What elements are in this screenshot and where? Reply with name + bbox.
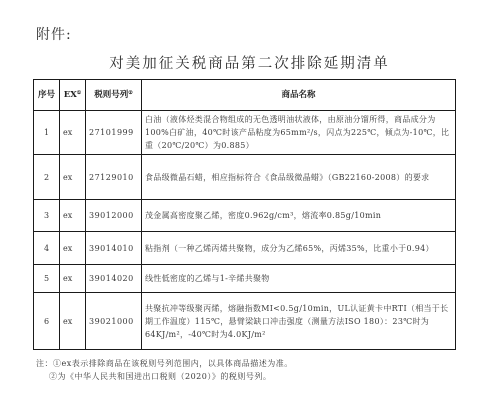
cell-code: 39014020 xyxy=(86,265,142,293)
table-row: 2 ex 27129010 食品级微晶石蜡，相应指标符合《食品级微晶蜡》（GB2… xyxy=(34,155,456,200)
cell-ex: ex xyxy=(60,155,86,200)
cell-seq: 5 xyxy=(34,265,60,293)
cell-name: 茂金属高密度聚乙烯，密度0.962g/cm³，熔流率0.85g/10min xyxy=(142,200,456,232)
exclusion-list-table: 序号 EX① 税则号列② 商品名称 1 ex 27101999 白油（液体烃类混… xyxy=(33,79,456,350)
cell-seq: 1 xyxy=(34,111,60,155)
footnote-1: 注：①ex表示排除商品在该税则号列范围内，以具体商品描述为准。 xyxy=(36,357,293,370)
cell-seq: 4 xyxy=(34,232,60,265)
cell-code: 39021000 xyxy=(86,293,142,350)
footnote-2: ②为《中华人民共和国进出口税则（2020）》的税则号列。 xyxy=(36,370,293,383)
table-row: 3 ex 39012000 茂金属高密度聚乙烯，密度0.962g/cm³，熔流率… xyxy=(34,200,456,232)
table-row: 5 ex 39014020 线性低密度的乙烯与1-辛烯共聚物 xyxy=(34,265,456,293)
footnotes: 注：①ex表示排除商品在该税则号列范围内，以具体商品描述为准。 ②为《中华人民共… xyxy=(36,357,293,383)
table-row: 4 ex 39014010 粘指剂（一种乙烯丙烯共聚物，成分为乙烯65%，丙烯3… xyxy=(34,232,456,265)
cell-code: 27101999 xyxy=(86,111,142,155)
cell-name: 白油（液体烃类混合物组成的无色透明油状液体，由原油分馏所得，商品成分为100%白… xyxy=(142,111,456,155)
header-ex-label: EX xyxy=(64,90,77,100)
header-code-label: 税则号列 xyxy=(94,90,128,100)
table-row: 6 ex 39021000 共聚抗冲等级聚丙烯，熔融指数MI<0.5g/10mi… xyxy=(34,293,456,350)
cell-seq: 6 xyxy=(34,293,60,350)
cell-seq: 2 xyxy=(34,155,60,200)
header-ex: EX① xyxy=(60,80,86,111)
attachment-label: 附件: xyxy=(36,24,72,44)
footnote-marker-1: ① xyxy=(77,90,81,96)
header-name: 商品名称 xyxy=(142,80,456,111)
footnote-marker-2: ② xyxy=(128,90,132,96)
cell-code: 27129010 xyxy=(86,155,142,200)
cell-ex: ex xyxy=(60,265,86,293)
cell-name: 共聚抗冲等级聚丙烯，熔融指数MI<0.5g/10min，UL认证黄卡中RTI（相… xyxy=(142,293,456,350)
table-header-row: 序号 EX① 税则号列② 商品名称 xyxy=(34,80,456,111)
cell-ex: ex xyxy=(60,200,86,232)
cell-name: 粘指剂（一种乙烯丙烯共聚物，成分为乙烯65%，丙烯35%，比重小于0.94） xyxy=(142,232,456,265)
cell-ex: ex xyxy=(60,232,86,265)
document-title: 对美加征关税商品第二次排除延期清单 xyxy=(0,52,499,73)
cell-name: 线性低密度的乙烯与1-辛烯共聚物 xyxy=(142,265,456,293)
table-row: 1 ex 27101999 白油（液体烃类混合物组成的无色透明油状液体，由原油分… xyxy=(34,111,456,155)
cell-seq: 3 xyxy=(34,200,60,232)
header-seq: 序号 xyxy=(34,80,60,111)
cell-ex: ex xyxy=(60,293,86,350)
cell-ex: ex xyxy=(60,111,86,155)
cell-code: 39012000 xyxy=(86,200,142,232)
cell-name: 食品级微晶石蜡，相应指标符合《食品级微晶蜡》（GB22160-2008）的要求 xyxy=(142,155,456,200)
header-code: 税则号列② xyxy=(86,80,142,111)
cell-code: 39014010 xyxy=(86,232,142,265)
